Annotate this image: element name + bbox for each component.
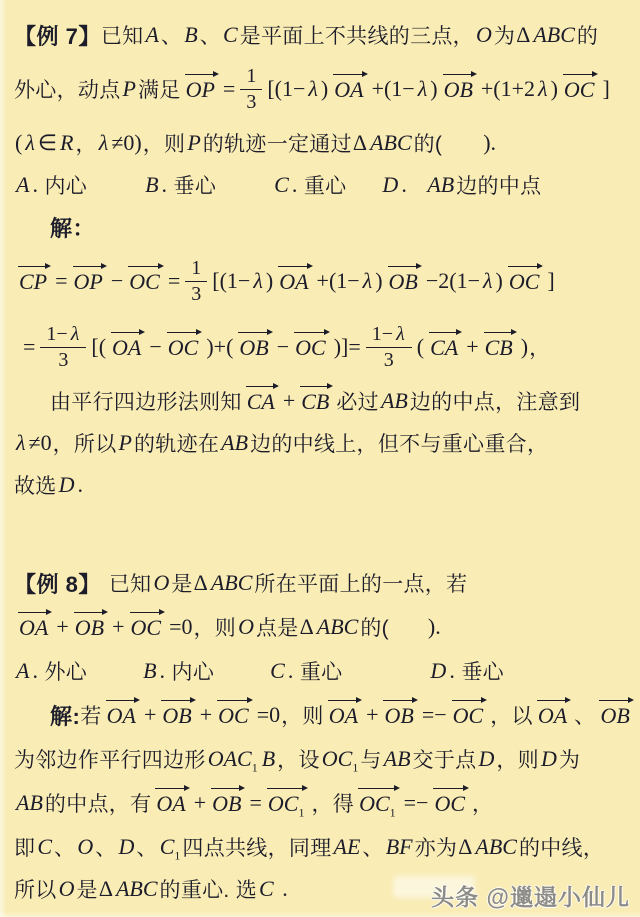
math-roman: = (223, 76, 235, 102)
vector-symbol: OA (279, 269, 308, 294)
watermark: 头条 @邋遢小仙儿 (431, 879, 630, 912)
math-roman: 1 (246, 65, 256, 87)
heading-text: 解： (50, 212, 95, 243)
math-var: λ (99, 130, 109, 156)
heading-text: 【例 7】 (14, 20, 101, 51)
cjk-text: ，得 (311, 788, 354, 818)
cjk-text: ，则 (143, 128, 186, 158)
cjk-text: 垂心 (174, 170, 217, 200)
math-roman: . (401, 172, 412, 198)
math-var: ABC (370, 130, 412, 156)
math-var: λ (483, 268, 493, 294)
math-roman: ) (521, 334, 528, 360)
vector-symbol: OA (19, 615, 48, 640)
math-var: AB (16, 790, 43, 816)
math-var: λ (363, 268, 373, 294)
vector-OB: OB (160, 699, 195, 727)
cjk-text: 即 (14, 832, 35, 862)
numerator: 1−λ (366, 323, 412, 347)
math-roman: Δ (194, 570, 208, 596)
spacer (87, 671, 141, 672)
spacer (346, 185, 380, 186)
math-var: λ (538, 76, 548, 102)
numerator: 1−λ (40, 323, 86, 347)
math-roman: = (55, 268, 67, 294)
ex8-statement-line1: 【例 8】已知O是ΔABC所在平面上的一点，若 (14, 562, 628, 604)
math-roman: 3 (191, 283, 201, 305)
vector-symbol: OB (389, 269, 418, 294)
math-roman: ≠0 (29, 430, 52, 456)
math-roman: ∈ (38, 130, 57, 156)
cjk-text: 所在平面上的一点，若 (254, 568, 467, 598)
vector-symbol: OC (564, 77, 595, 102)
math-roman: ] (602, 76, 609, 102)
math-roman: − (149, 334, 161, 360)
vector-symbol: OA (538, 703, 567, 728)
vector-symbol: OC (131, 615, 162, 640)
cjk-text: 的重心. 选 (160, 874, 257, 904)
cjk-text: 、 (362, 832, 383, 862)
cjk-text: ，则 (193, 612, 236, 642)
math-roman: ) (266, 268, 273, 294)
vector-OC: OC (451, 699, 488, 727)
spacer (214, 671, 268, 672)
denominator: 3 (383, 348, 395, 371)
cjk-text: ，设 (277, 744, 320, 774)
numerator: 1 (185, 257, 207, 281)
vector-OC: OC (129, 611, 166, 639)
vector-symbol: OC (218, 703, 249, 728)
math-var: C (274, 172, 289, 198)
math-roman: + (200, 702, 212, 728)
vector-symbol: OC (129, 269, 160, 294)
cjk-text: ，则 (496, 744, 539, 774)
vector-OC: OC (432, 787, 469, 815)
vector-OB: OB (210, 787, 245, 815)
vector-OC: OC (293, 331, 330, 359)
math-roman: =0 (169, 614, 192, 640)
math-roman: 3 (58, 349, 68, 371)
math-var: C (270, 658, 285, 684)
spacer (87, 185, 143, 186)
cjk-text: 所以 (14, 874, 57, 904)
math-var: D (430, 658, 446, 684)
fraction: 1−λ3 (366, 323, 412, 371)
math-var: λ (25, 130, 35, 156)
cjk-text: ， (472, 788, 493, 818)
vector-OA: OA (110, 331, 145, 359)
vector-symbol: OC (268, 791, 299, 816)
cjk-text: 由平行四边形法则知 (50, 386, 242, 416)
vector-CA: CA (245, 385, 279, 413)
cjk-text: 内心 (172, 656, 215, 686)
vector-symbol: OC (453, 703, 484, 728)
cjk-text: 若 (80, 700, 101, 730)
ex8-statement-line2: OA+OB+OC=0，则O点是ΔABC的(). (14, 604, 628, 650)
cjk-text: 的中线， (519, 832, 604, 862)
cjk-text: 与 (360, 744, 381, 774)
math-roman: . (449, 658, 460, 684)
vector-OB: OB (73, 611, 108, 639)
math-var: C (223, 22, 238, 48)
ex7-options: A. 内心B. 垂心C. 重心D. AB边的中点 (14, 164, 628, 206)
vector-CB: CB (483, 331, 517, 359)
vector-OA: OA (327, 699, 362, 727)
fraction: 13 (240, 65, 262, 113)
vector-symbol: OA (112, 335, 141, 360)
vector-symbol: OB (444, 77, 473, 102)
cjk-text: ，以 (490, 700, 533, 730)
math-roman: Δ (516, 22, 530, 48)
cjk-text: 内心 (44, 170, 87, 200)
numerator: 1 (240, 65, 262, 89)
math-roman: ). (428, 614, 441, 640)
ex7-solution-eq2: =1−λ3[(OA−OC)+(OB−OC)]=1−λ3(CA+CB)， (14, 314, 628, 380)
denominator: 3 (57, 348, 69, 371)
cjk-text: 交于点 (413, 744, 477, 774)
ex7-answer: 故选D. (14, 464, 628, 506)
vector-symbol: OB (162, 703, 191, 728)
math-var: AB (221, 430, 248, 456)
cjk-text: 是平面上不共线的三点， (240, 20, 474, 50)
math-roman: = (23, 334, 35, 360)
cjk-text: 为 (559, 744, 580, 774)
vector-OA: OA (536, 699, 571, 727)
math-var: P (123, 76, 136, 102)
math-roman: ( (15, 130, 22, 156)
math-roman: =0 (257, 702, 280, 728)
vector-symbol: CA (430, 335, 458, 360)
math-var: D (478, 746, 494, 772)
vector-symbol: OA (329, 703, 358, 728)
math-roman: ) (321, 76, 328, 102)
math-var: AB (384, 746, 411, 772)
vector-OB: OB (237, 331, 272, 359)
cjk-text: 边的中点 (456, 170, 541, 200)
vector-symbol: OC (359, 791, 390, 816)
math-roman: . (292, 172, 303, 198)
cjk-text: 、 (574, 700, 595, 730)
math-roman: 3 (384, 349, 394, 371)
ex7-solution-label: 解： (14, 206, 628, 248)
ex8-solution-line4: 即C、O、D、C1四点共线，同理AE、BF亦为ΔABC的中线， (14, 826, 628, 868)
cjk-text: 必过 (336, 386, 379, 416)
cjk-text: 为邻边作平行四边形 (14, 744, 206, 774)
math-var: ABC (116, 876, 158, 902)
cjk-text: 的 (577, 20, 598, 50)
cjk-text: 的( (360, 612, 389, 642)
math-roman: + (56, 614, 68, 640)
ex8-solution-line2: 为邻边作平行四边形OAC1B，设OC1与AB交于点D，则D为 (14, 738, 628, 780)
spacer (101, 583, 109, 584)
vector-OC: OC (166, 331, 203, 359)
math-var: R (60, 130, 73, 156)
cjk-text: 边的中线上，但不与重心重合， (250, 428, 548, 458)
math-var: λ (16, 430, 26, 456)
cjk-text: 的中点，有 (45, 788, 152, 818)
math-roman: . (160, 658, 171, 684)
math-roman: 3 (246, 91, 256, 113)
cjk-text: ， (529, 332, 550, 362)
math-var: AB (381, 388, 408, 414)
denominator: 3 (190, 282, 202, 305)
vector-symbol: OP (74, 269, 103, 294)
math-var: O (153, 570, 169, 596)
math-roman: ). (483, 130, 496, 156)
cjk-text: 重心 (304, 170, 347, 200)
vector-OC: OC1 (357, 787, 400, 815)
math-var: λ (396, 323, 405, 345)
heading-text: 解: (50, 700, 80, 731)
vector-OC: OC (507, 265, 544, 293)
heading-text: 【例 8】 (14, 568, 101, 599)
fraction: 1−λ3 (40, 323, 86, 371)
math-var: D (382, 172, 398, 198)
ex7-reasoning-line2: λ≠0，所以P的轨迹在AB边的中线上，但不与重心重合， (14, 422, 628, 464)
cjk-text: 、 (161, 20, 182, 50)
vector-OA: OA (332, 73, 367, 101)
vector-symbol: OC (434, 791, 465, 816)
math-var: P (119, 430, 132, 456)
spacer (442, 143, 482, 144)
subscript: 1 (298, 805, 304, 819)
math-roman: ) (551, 76, 558, 102)
math-roman: Δ (300, 614, 314, 640)
math-var: OC1 (322, 746, 359, 772)
math-var: B (262, 746, 275, 772)
math-var: λ (308, 76, 318, 102)
math-roman: 1 (191, 257, 201, 279)
ex7-statement-line3: (λ∈R，λ≠0)，则P的轨迹一定通过ΔABC的(). (14, 122, 628, 164)
math-roman: + (466, 334, 478, 360)
cjk-text: 四点共线，同理 (182, 832, 331, 862)
math-roman: ) (496, 268, 503, 294)
vector-OB: OB (442, 73, 477, 101)
math-roman: +(1− (317, 268, 360, 294)
vector-symbol: OA (334, 77, 363, 102)
vector-OC: OC (216, 699, 253, 727)
cjk-text: 的( (414, 128, 443, 158)
math-var: D (59, 472, 75, 498)
ex7-reasoning-line1: 由平行四边形法则知CA+CB必过AB边的中点，注意到 (14, 380, 628, 422)
math-roman: −2(1− (426, 268, 480, 294)
spacer (389, 627, 427, 628)
math-roman: . (32, 658, 43, 684)
math-var: C1 (160, 834, 181, 860)
math-roman: [(1− (267, 76, 305, 102)
vector-symbol: CP (19, 269, 47, 294)
math-var: A (16, 658, 29, 684)
vector-symbol: OA (107, 703, 136, 728)
math-var: B (145, 172, 158, 198)
math-var: D (541, 746, 557, 772)
math-roman: . (277, 876, 288, 902)
math-var: A (16, 172, 29, 198)
math-roman: =− (422, 702, 447, 728)
math-roman: +(1− (372, 76, 415, 102)
math-var: C (259, 876, 274, 902)
math-roman: ( (417, 334, 424, 360)
cjk-text: ，则 (281, 700, 324, 730)
vector-CP: CP (17, 265, 51, 293)
denominator: 3 (245, 90, 257, 113)
vector-OP: OP (72, 265, 107, 293)
math-roman: + (283, 388, 295, 414)
vector-symbol: CA (247, 389, 275, 414)
spacer (216, 185, 272, 186)
math-roman: . (162, 172, 173, 198)
math-roman: 1− (46, 323, 67, 345)
math-roman: = (249, 790, 261, 816)
vector-symbol: OC (509, 269, 540, 294)
math-roman: + (366, 702, 378, 728)
subscript: 1 (174, 848, 180, 862)
vector-OC: OC (127, 265, 164, 293)
vector-symbol: CB (485, 335, 513, 360)
math-var: P (187, 130, 200, 156)
math-worksheet: 【例 7】已知A、B、C是平面上不共线的三点，O为ΔABC的外心，动点P满足OP… (0, 0, 640, 910)
math-var: ABC (475, 834, 517, 860)
cjk-text: 亦为 (415, 832, 458, 862)
vector-symbol: OB (384, 703, 413, 728)
math-roman: + (194, 790, 206, 816)
vector-symbol: OB (239, 335, 268, 360)
vector-OA: OA (17, 611, 52, 639)
ex8-solution-line3: AB的中点，有OA+OB=OC1，得OC1=−OC， (14, 780, 628, 826)
math-roman: Δ (99, 876, 113, 902)
math-roman: − (277, 334, 289, 360)
math-var: B (143, 658, 156, 684)
vector-symbol: OP (186, 77, 215, 102)
cjk-text: 满足 (138, 74, 181, 104)
spacer (413, 185, 425, 186)
vector-symbol: OB (600, 703, 629, 728)
subscript: 1 (252, 760, 258, 774)
math-roman: . (78, 472, 84, 498)
vector-symbol: OC (295, 335, 326, 360)
math-roman: . (32, 172, 43, 198)
cjk-text: 外心 (44, 656, 87, 686)
math-roman: =− (404, 790, 429, 816)
vector-symbol: OB (212, 791, 241, 816)
math-roman: )]= (334, 334, 361, 360)
math-var: AE (334, 834, 361, 860)
math-roman: ) (375, 268, 382, 294)
math-var: O (59, 876, 75, 902)
cjk-text: 、 (54, 832, 75, 862)
math-roman: + (112, 614, 124, 640)
fraction: 13 (185, 257, 207, 305)
math-roman: − (111, 268, 123, 294)
math-var: O (476, 22, 492, 48)
math-roman: . (288, 658, 299, 684)
math-roman: [(1− (212, 268, 250, 294)
math-var: ABC (317, 614, 359, 640)
cjk-text: 是 (171, 568, 192, 598)
spacer (342, 671, 428, 672)
ex7-solution-eq1: CP=OP−OC=13[(1−λ)OA+(1−λ)OB−2(1−λ)OC] (14, 248, 628, 314)
cjk-text: ，所以 (53, 428, 117, 458)
cjk-text: 已知 (109, 568, 152, 598)
cjk-text: 是 (77, 874, 98, 904)
section-gap (14, 506, 628, 562)
vector-OP: OP (184, 73, 219, 101)
math-roman: 1− (372, 323, 393, 345)
vector-OA: OA (277, 265, 312, 293)
math-var: λ (418, 76, 428, 102)
math-var: AB (427, 172, 454, 198)
cjk-text: 已知 (101, 20, 144, 50)
math-roman: )+( (206, 334, 233, 360)
cjk-text: 为 (494, 20, 515, 50)
math-roman: ] (547, 268, 554, 294)
math-var: A (145, 22, 158, 48)
math-var: BF (386, 834, 413, 860)
vector-OC: OC1 (266, 787, 309, 815)
vector-symbol: OB (75, 615, 104, 640)
cjk-text: 外心，动点 (14, 74, 121, 104)
cjk-text: 故选 (14, 470, 57, 500)
vector-CA: CA (428, 331, 462, 359)
vector-symbol: OA (156, 791, 185, 816)
ex8-solution-line1: 解:若OA+OB+OC=0，则OA+OB=−OC，以OA、OB (14, 692, 628, 738)
math-var: O (77, 834, 93, 860)
cjk-text: 、 (95, 832, 116, 862)
subscript: 1 (390, 805, 396, 819)
vector-OB: OB (598, 699, 633, 727)
math-var: OAC1 (208, 746, 258, 772)
cjk-text: 、 (136, 832, 157, 862)
vector-CB: CB (299, 385, 333, 413)
math-var: O (238, 614, 254, 640)
math-roman: Δ (353, 130, 367, 156)
cjk-text: 的轨迹在 (134, 428, 219, 458)
math-roman: [( (91, 334, 106, 360)
math-var: D (119, 834, 135, 860)
math-var: ABC (533, 22, 575, 48)
math-roman: Δ (458, 834, 472, 860)
subscript: 1 (352, 760, 358, 774)
vector-OB: OB (387, 265, 422, 293)
ex7-statement-line1: 【例 7】已知A、B、C是平面上不共线的三点，O为ΔABC的 (14, 14, 628, 56)
vector-OA: OA (154, 787, 189, 815)
math-var: ABC (211, 570, 253, 596)
math-roman: + (144, 702, 156, 728)
math-roman: ) (430, 76, 437, 102)
cjk-text: 、 (200, 20, 221, 50)
math-var: λ (253, 268, 263, 294)
math-roman: +(1+2 (481, 76, 535, 102)
ex7-statement-line2: 外心，动点P满足OP=13[(1−λ)OA+(1−λ)OB+(1+2λ)OC] (14, 56, 628, 122)
math-var: B (184, 22, 197, 48)
cjk-text: 垂心 (461, 656, 504, 686)
vector-OB: OB (382, 699, 417, 727)
math-roman: ≠0) (111, 130, 141, 156)
vector-OC: OC (562, 73, 599, 101)
cjk-text: 的轨迹一定通过 (203, 128, 352, 158)
math-var: C (37, 834, 52, 860)
math-roman: = (168, 268, 180, 294)
cjk-text: 点是 (256, 612, 299, 642)
vector-symbol: CB (301, 389, 329, 414)
math-var: λ (71, 323, 80, 345)
cjk-text: 重心 (300, 656, 343, 686)
document-page: 【例 7】已知A、B、C是平面上不共线的三点，O为ΔABC的外心，动点P满足OP… (0, 0, 640, 917)
vector-symbol: OC (168, 335, 199, 360)
ex8-options: A. 外心B. 内心C. 重心D. 垂心 (14, 650, 628, 692)
vector-OA: OA (105, 699, 140, 727)
cjk-text: ， (75, 128, 96, 158)
